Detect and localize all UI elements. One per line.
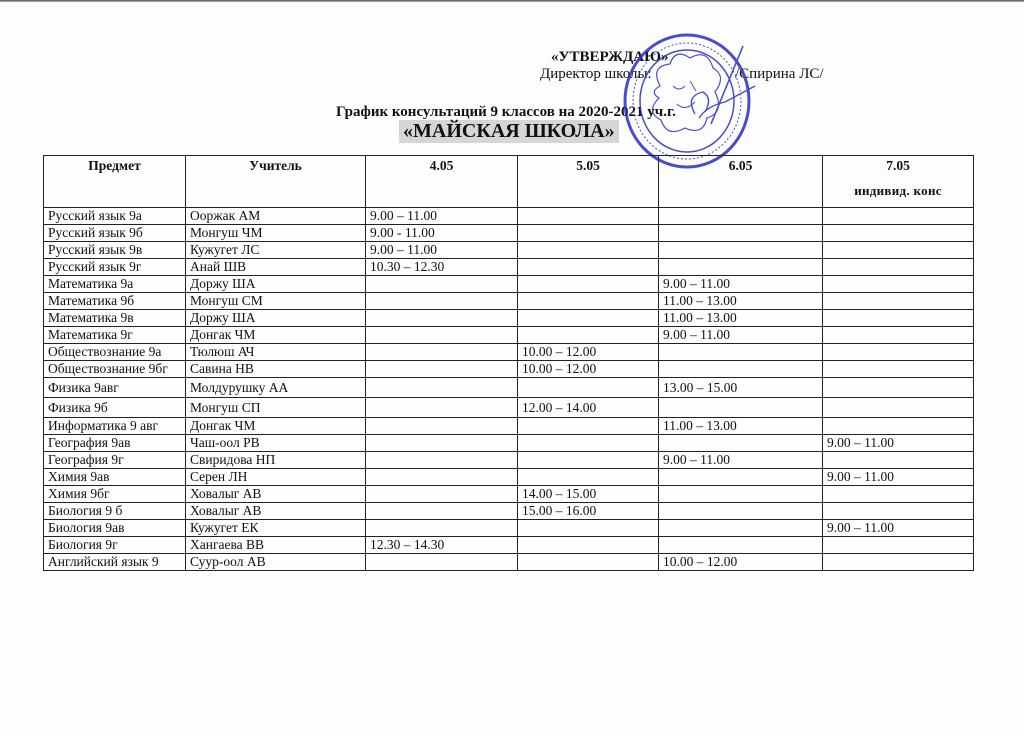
teacher-cell: Монгуш СП [186, 398, 366, 418]
subject-cell: Русский язык 9а [44, 208, 186, 225]
time-cell-0405 [366, 293, 518, 310]
time-cell-0505 [518, 418, 659, 435]
time-cell-0405 [366, 310, 518, 327]
time-cell-0705 [823, 242, 974, 259]
column-header-label: Учитель [249, 158, 302, 173]
time-cell-0605: 11.00 – 13.00 [659, 418, 823, 435]
time-cell-0505 [518, 520, 659, 537]
time-cell-0705 [823, 486, 974, 503]
time-cell-0605 [659, 361, 823, 378]
time-cell-0405 [366, 469, 518, 486]
time-cell-0705: 9.00 – 11.00 [823, 435, 974, 452]
subject-cell: Физика 9б [44, 398, 186, 418]
subject-cell: Биология 9 б [44, 503, 186, 520]
time-cell-0505 [518, 435, 659, 452]
table-row: Обществознание 9бгСавина НВ10.00 – 12.00 [44, 361, 974, 378]
time-cell-0405: 10.30 – 12.30 [366, 259, 518, 276]
teacher-cell: Свиридова НП [186, 452, 366, 469]
subject-cell: Математика 9в [44, 310, 186, 327]
time-cell-0605 [659, 503, 823, 520]
consultation-schedule-table: ПредметУчитель4.055.056.057.05индивид. к… [43, 155, 974, 571]
subject-cell: Биология 9ав [44, 520, 186, 537]
time-cell-0405 [366, 327, 518, 344]
teacher-cell: Донгак ЧМ [186, 327, 366, 344]
teacher-cell: Савина НВ [186, 361, 366, 378]
director-position: Директор школы: [540, 66, 652, 83]
school-name: «МАЙСКАЯ ШКОЛА» [399, 120, 619, 143]
table-row: Химия 9бгХовалыг АВ14.00 – 15.00 [44, 486, 974, 503]
time-cell-0505 [518, 242, 659, 259]
time-cell-0605: 11.00 – 13.00 [659, 293, 823, 310]
column-header-sublabel: индивид. конс [823, 183, 973, 199]
table-row: Математика 9вДоржу ША11.00 – 13.00 [44, 310, 974, 327]
time-cell-0505 [518, 452, 659, 469]
time-cell-0605: 9.00 – 11.00 [659, 276, 823, 293]
table-body: Русский язык 9аОоржак АМ9.00 – 11.00Русс… [44, 208, 974, 571]
table-row: Русский язык 9бМонгуш ЧМ9.00 - 11.00 [44, 225, 974, 242]
time-cell-0505 [518, 537, 659, 554]
subject-cell: Информатика 9 авг [44, 418, 186, 435]
time-cell-0505 [518, 378, 659, 398]
column-header-label: 4.05 [430, 158, 454, 173]
time-cell-0705 [823, 418, 974, 435]
time-cell-0505: 10.00 – 12.00 [518, 344, 659, 361]
time-cell-0605 [659, 486, 823, 503]
time-cell-0705 [823, 503, 974, 520]
teacher-cell: Хангаева ВВ [186, 537, 366, 554]
time-cell-0505 [518, 293, 659, 310]
subject-cell: Русский язык 9б [44, 225, 186, 242]
table-row: Биология 9 бХовалыг АВ15.00 – 16.00 [44, 503, 974, 520]
teacher-cell: Серен ЛН [186, 469, 366, 486]
table-row: География 9авЧаш-оол РВ9.00 – 11.00 [44, 435, 974, 452]
time-cell-0405 [366, 276, 518, 293]
teacher-cell: Чаш-оол РВ [186, 435, 366, 452]
column-header-label: 6.05 [729, 158, 753, 173]
time-cell-0605 [659, 520, 823, 537]
time-cell-0605 [659, 469, 823, 486]
table-header-row: ПредметУчитель4.055.056.057.05индивид. к… [44, 156, 974, 208]
table-row: Биология 9авКужугет ЕК9.00 – 11.00 [44, 520, 974, 537]
teacher-cell: Кужугет ЛС [186, 242, 366, 259]
time-cell-0505 [518, 225, 659, 242]
time-cell-0705: 9.00 – 11.00 [823, 520, 974, 537]
time-cell-0705: 9.00 – 11.00 [823, 469, 974, 486]
table-row: Математика 9гДонгак ЧМ9.00 – 11.00 [44, 327, 974, 344]
time-cell-0405 [366, 503, 518, 520]
subject-cell: Русский язык 9в [44, 242, 186, 259]
scan-edge [0, 0, 1024, 2]
time-cell-0505: 15.00 – 16.00 [518, 503, 659, 520]
table-row: Физика 9авгМолдурушку АА13.00 – 15.00 [44, 378, 974, 398]
time-cell-0605 [659, 208, 823, 225]
time-cell-0705 [823, 378, 974, 398]
table-row: Русский язык 9вКужугет ЛС9.00 – 11.00 [44, 242, 974, 259]
teacher-cell: Ховалыг АВ [186, 486, 366, 503]
time-cell-0505: 10.00 – 12.00 [518, 361, 659, 378]
time-cell-0605 [659, 435, 823, 452]
subject-cell: География 9ав [44, 435, 186, 452]
time-cell-0705 [823, 276, 974, 293]
column-header-label: Предмет [88, 158, 140, 173]
subject-cell: Русский язык 9г [44, 259, 186, 276]
subject-cell: Химия 9ав [44, 469, 186, 486]
teacher-cell: Кужугет ЕК [186, 520, 366, 537]
document-title: График консультаций 9 классов на 2020-20… [336, 104, 676, 121]
time-cell-0405: 9.00 – 11.00 [366, 242, 518, 259]
time-cell-0705 [823, 208, 974, 225]
time-cell-0705 [823, 452, 974, 469]
time-cell-0705 [823, 327, 974, 344]
subject-cell: Математика 9г [44, 327, 186, 344]
time-cell-0605: 11.00 – 13.00 [659, 310, 823, 327]
column-header-date-0505: 5.05 [518, 156, 659, 208]
time-cell-0605: 10.00 – 12.00 [659, 554, 823, 571]
teacher-cell: Монгуш ЧМ [186, 225, 366, 242]
time-cell-0505: 12.00 – 14.00 [518, 398, 659, 418]
column-header-date-0605: 6.05 [659, 156, 823, 208]
time-cell-0405 [366, 452, 518, 469]
table-row: Биология 9гХангаева ВВ12.30 – 14.30 [44, 537, 974, 554]
time-cell-0705 [823, 361, 974, 378]
teacher-cell: Ховалыг АВ [186, 503, 366, 520]
time-cell-0605 [659, 242, 823, 259]
time-cell-0605 [659, 259, 823, 276]
table-row: Русский язык 9аОоржак АМ9.00 – 11.00 [44, 208, 974, 225]
time-cell-0505 [518, 276, 659, 293]
teacher-cell: Донгак ЧМ [186, 418, 366, 435]
time-cell-0405 [366, 554, 518, 571]
time-cell-0605: 9.00 – 11.00 [659, 452, 823, 469]
subject-cell: Биология 9г [44, 537, 186, 554]
time-cell-0505: 14.00 – 15.00 [518, 486, 659, 503]
table-row: Информатика 9 авгДонгак ЧМ11.00 – 13.00 [44, 418, 974, 435]
subject-cell: Химия 9бг [44, 486, 186, 503]
time-cell-0605: 13.00 – 15.00 [659, 378, 823, 398]
column-header-label: 7.05 [886, 158, 910, 173]
subject-cell: Английский язык 9 [44, 554, 186, 571]
time-cell-0705 [823, 293, 974, 310]
time-cell-0705 [823, 537, 974, 554]
time-cell-0405 [366, 486, 518, 503]
time-cell-0405: 12.30 – 14.30 [366, 537, 518, 554]
time-cell-0705 [823, 225, 974, 242]
subject-cell: Математика 9б [44, 293, 186, 310]
time-cell-0405 [366, 378, 518, 398]
table-row: Обществознание 9аТюлюш АЧ10.00 – 12.00 [44, 344, 974, 361]
teacher-cell: Монгуш СМ [186, 293, 366, 310]
teacher-cell: Молдурушку АА [186, 378, 366, 398]
time-cell-0505 [518, 310, 659, 327]
teacher-cell: Суур-оол АВ [186, 554, 366, 571]
time-cell-0705 [823, 259, 974, 276]
time-cell-0605: 9.00 – 11.00 [659, 327, 823, 344]
time-cell-0505 [518, 327, 659, 344]
time-cell-0405: 9.00 – 11.00 [366, 208, 518, 225]
time-cell-0705 [823, 398, 974, 418]
time-cell-0405 [366, 520, 518, 537]
subject-cell: География 9г [44, 452, 186, 469]
time-cell-0705 [823, 310, 974, 327]
director-name: /Спирина ЛС/ [735, 66, 824, 83]
table-row: Математика 9аДоржу ША9.00 – 11.00 [44, 276, 974, 293]
column-header-teacher: Учитель [186, 156, 366, 208]
table-row: Математика 9бМонгуш СМ11.00 – 13.00 [44, 293, 974, 310]
column-header-date-0705: 7.05индивид. конс [823, 156, 974, 208]
subject-cell: Обществознание 9бг [44, 361, 186, 378]
teacher-cell: Тюлюш АЧ [186, 344, 366, 361]
column-header-date-0405: 4.05 [366, 156, 518, 208]
time-cell-0405 [366, 344, 518, 361]
subject-cell: Обществознание 9а [44, 344, 186, 361]
time-cell-0405 [366, 418, 518, 435]
time-cell-0605 [659, 537, 823, 554]
table-row: Физика 9бМонгуш СП12.00 – 14.00 [44, 398, 974, 418]
time-cell-0405 [366, 435, 518, 452]
time-cell-0605 [659, 344, 823, 361]
time-cell-0605 [659, 225, 823, 242]
table-row: Русский язык 9гАнай ШВ10.30 – 12.30 [44, 259, 974, 276]
table-row: Химия 9авСерен ЛН9.00 – 11.00 [44, 469, 974, 486]
time-cell-0405 [366, 398, 518, 418]
time-cell-0505 [518, 554, 659, 571]
subject-cell: Физика 9авг [44, 378, 186, 398]
time-cell-0405: 9.00 - 11.00 [366, 225, 518, 242]
time-cell-0705 [823, 344, 974, 361]
teacher-cell: Ооржак АМ [186, 208, 366, 225]
column-header-label: 5.05 [576, 158, 600, 173]
time-cell-0505 [518, 259, 659, 276]
table-row: Английский язык 9Суур-оол АВ10.00 – 12.0… [44, 554, 974, 571]
time-cell-0505 [518, 469, 659, 486]
column-header-subject: Предмет [44, 156, 186, 208]
subject-cell: Математика 9а [44, 276, 186, 293]
time-cell-0505 [518, 208, 659, 225]
time-cell-0405 [366, 361, 518, 378]
teacher-cell: Анай ШВ [186, 259, 366, 276]
time-cell-0705 [823, 554, 974, 571]
approval-label: «УТВЕРЖДАЮ» [551, 49, 669, 66]
table-row: География 9гСвиридова НП9.00 – 11.00 [44, 452, 974, 469]
teacher-cell: Доржу ША [186, 276, 366, 293]
time-cell-0605 [659, 398, 823, 418]
teacher-cell: Доржу ША [186, 310, 366, 327]
